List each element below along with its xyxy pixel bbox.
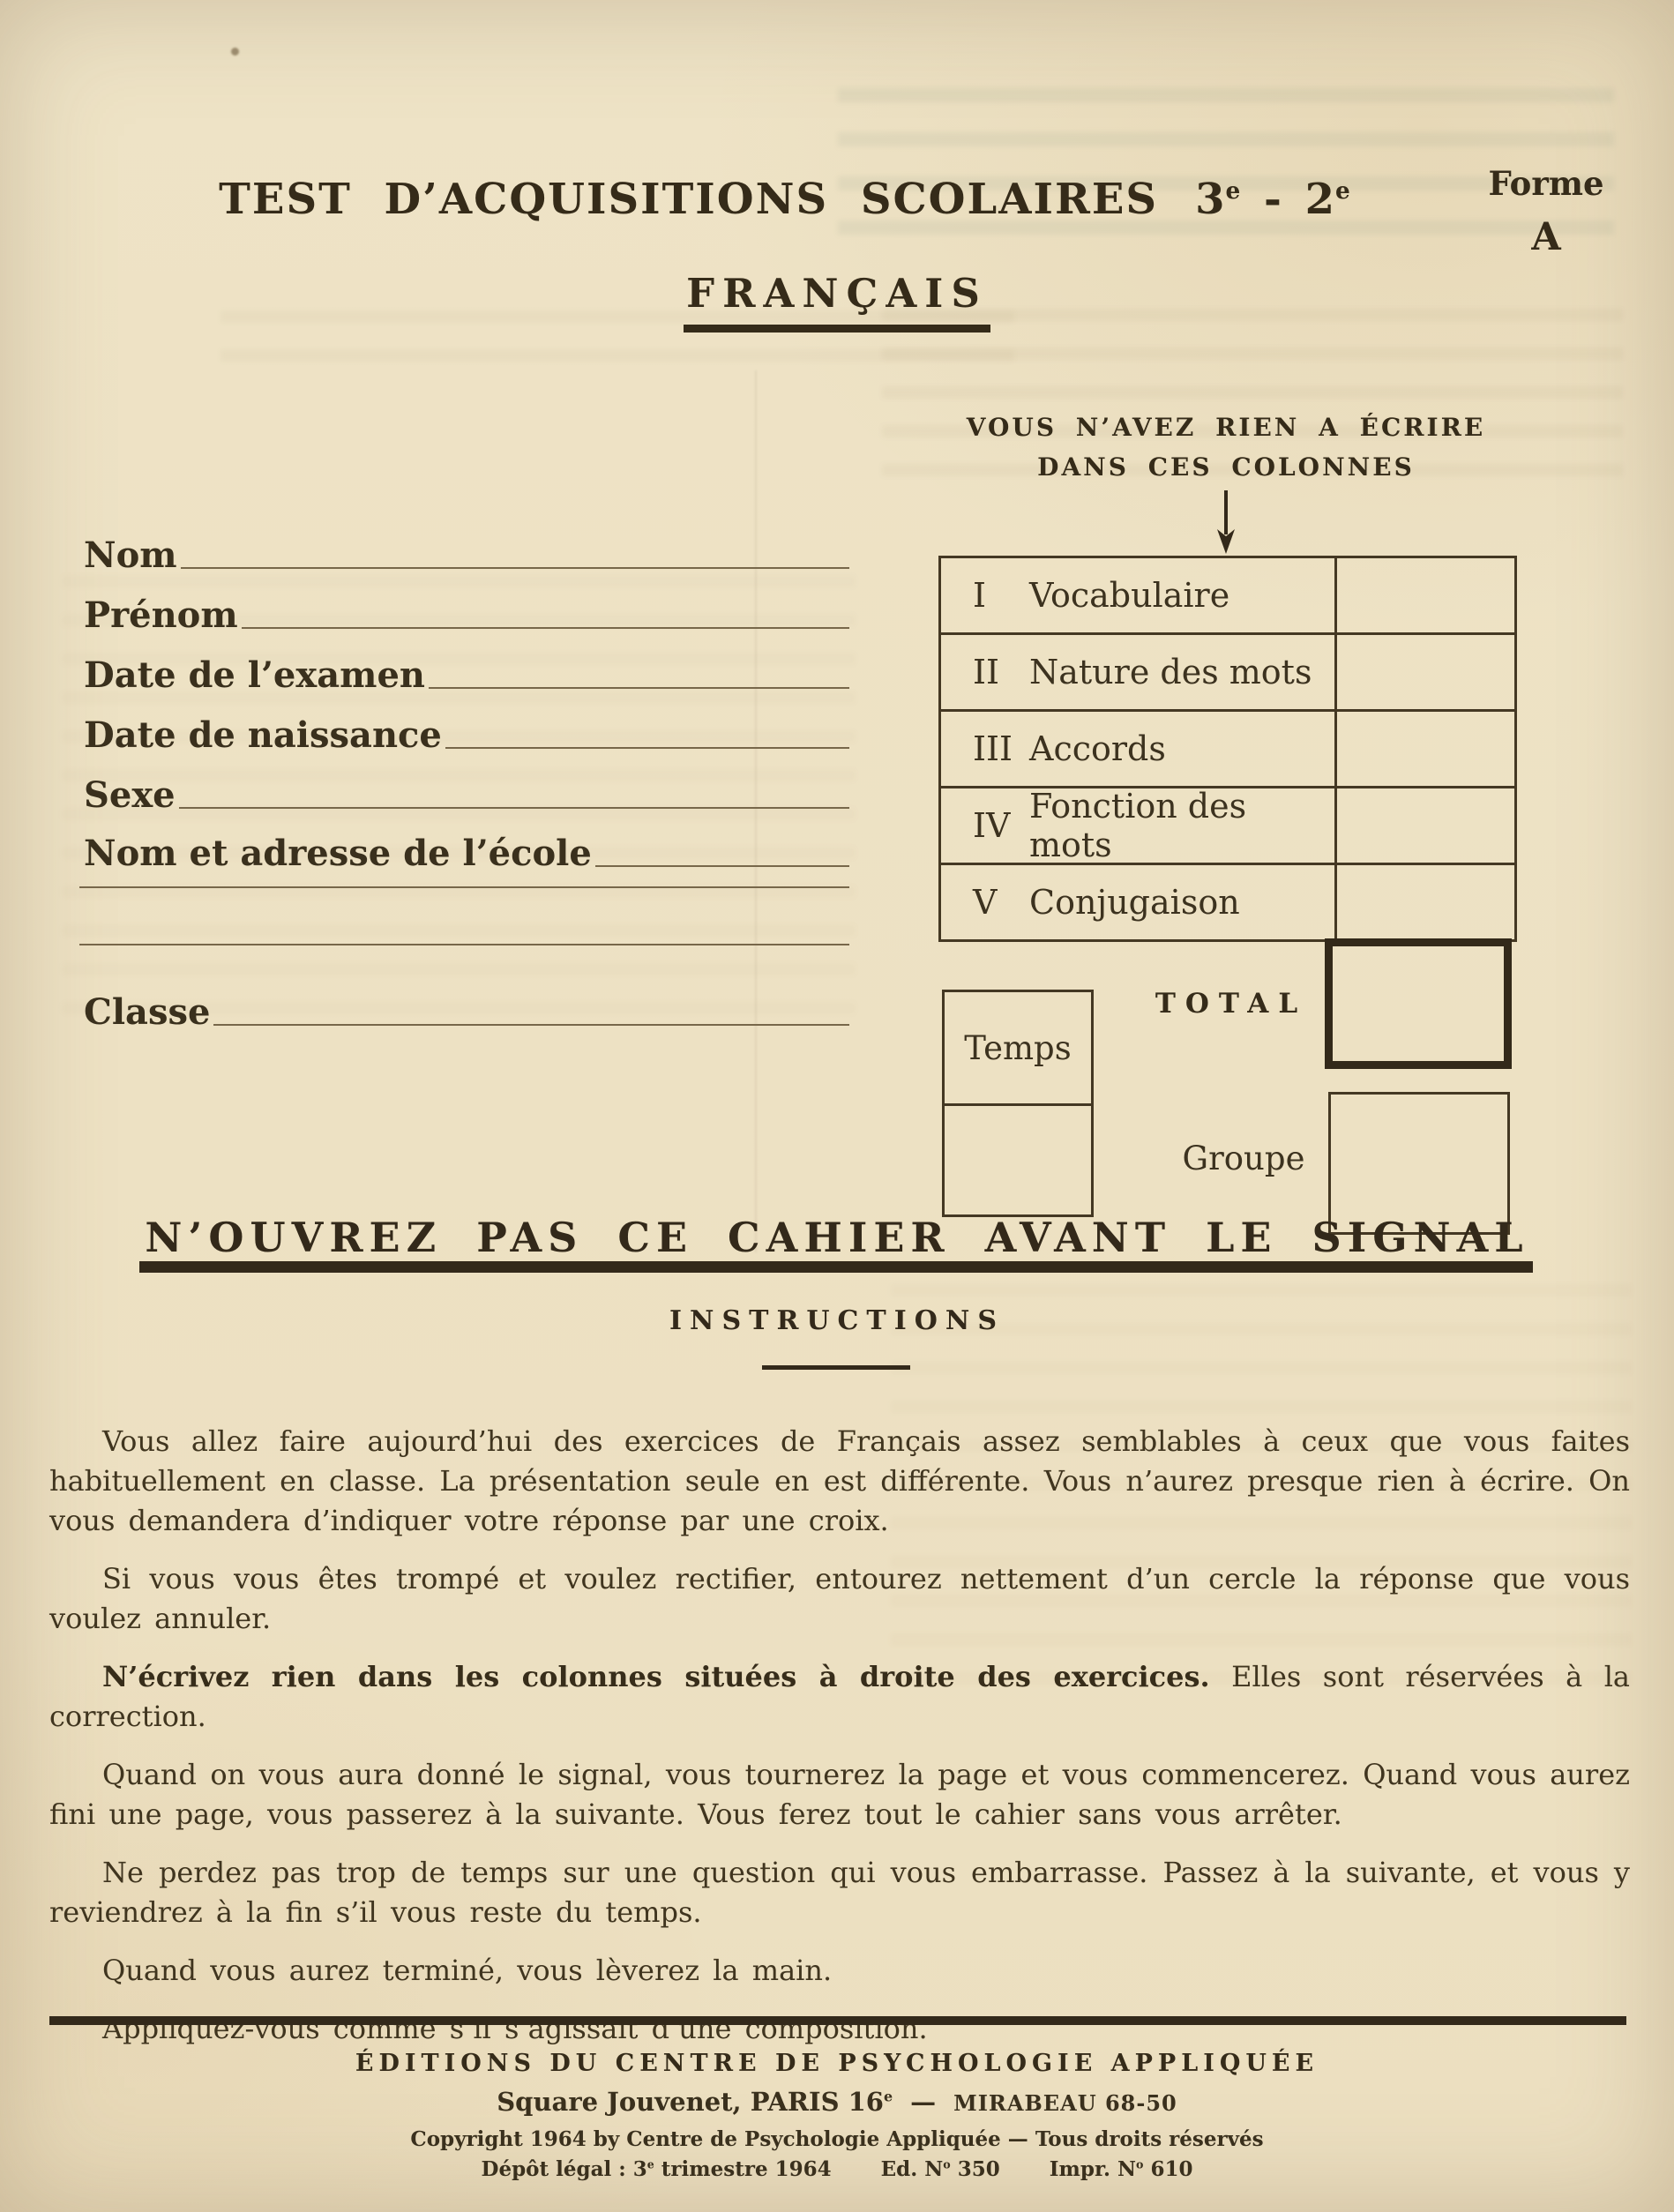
score-row-accords: IIIAccords	[941, 709, 1514, 786]
test-booklet-cover-page: TEST D’ACQUISITIONS SCOLAIRES3e - 2e For…	[0, 0, 1674, 2212]
legal-line: Dépôt légal : 3e trimestre 1964 Ed. No 3…	[0, 2157, 1674, 2181]
instruction-paragraph: N’écrivez rien dans les colonnes situées…	[49, 1657, 1630, 1737]
score-row-conjugaison: VConjugaison	[941, 863, 1514, 939]
instruction-paragraph: Quand vous aurez terminé, vous lèverez l…	[49, 1951, 1630, 1991]
field-sexe: Sexe	[84, 769, 849, 813]
footer-rule	[49, 2016, 1626, 2025]
score-table: IVocabulaire IINature des mots IIIAccord…	[938, 556, 1517, 942]
instruction-paragraph: Si vous vous êtes trompé et voulez recti…	[49, 1559, 1630, 1639]
field-prenom-label: Prénom	[84, 598, 238, 633]
instruction-paragraph: Vous allez faire aujourd’hui des exercic…	[49, 1422, 1630, 1541]
forme-block: Forme A	[1454, 164, 1639, 259]
field-classe-label: Classe	[84, 995, 210, 1030]
score-cell	[1334, 635, 1514, 709]
score-row-nature-des-mots: IINature des mots	[941, 632, 1514, 709]
page-title-text: TEST D’ACQUISITIONS SCOLAIRES	[219, 175, 1158, 224]
forme-label: Forme	[1454, 164, 1639, 203]
score-row-fonction-des-mots: IVFonction des mots	[941, 786, 1514, 863]
field-nom-blank	[181, 567, 849, 569]
field-prenom-blank	[242, 627, 849, 629]
arrow-down-icon	[1214, 490, 1238, 554]
field-classe: Classe	[84, 986, 849, 1030]
banner-underline	[139, 1261, 1533, 1273]
field-prenom: Prénom	[84, 589, 849, 633]
score-cell	[1334, 712, 1514, 786]
field-date-naissance-label: Date de naissance	[84, 718, 442, 753]
total-score-box	[1325, 938, 1512, 1069]
instructions-underline	[762, 1365, 910, 1370]
subject-underline	[684, 325, 990, 333]
subject-title: FRANÇAIS	[686, 270, 988, 317]
grade-level: 3e - 2e	[1195, 175, 1351, 224]
publisher-phone: MIRABEAU 68-50	[953, 2090, 1177, 2116]
total-label: TOTAL	[1134, 988, 1328, 1020]
field-date-naissance-blank	[445, 747, 849, 749]
publisher-name: ÉDITIONS DU CENTRE DE PSYCHOLOGIE APPLIQ…	[0, 2050, 1674, 2077]
field-ecole-extra-line-1	[76, 848, 849, 893]
field-classe-blank	[213, 1024, 849, 1026]
depot-legal: Dépôt légal : 3e trimestre 1964	[482, 2157, 832, 2181]
score-cell	[1334, 865, 1514, 939]
copyright-line: Copyright 1964 by Centre de Psychologie …	[0, 2127, 1674, 2151]
field-nom: Nom	[84, 529, 849, 573]
instructions-heading: INSTRUCTIONS	[0, 1305, 1674, 1336]
field-date-examen-label: Date de l’examen	[84, 658, 425, 693]
temps-box: Temps	[942, 990, 1094, 1217]
correction-columns-notice: VOUS N’AVEZ RIEN A ÉCRIRE DANS CES COLON…	[953, 413, 1499, 557]
page-title: TEST D’ACQUISITIONS SCOLAIRES3e - 2e	[150, 175, 1420, 224]
score-cell	[1334, 558, 1514, 632]
score-cell	[1334, 788, 1514, 863]
edition-number: Ed. No 350	[881, 2157, 1000, 2181]
instruction-paragraph: Ne perdez pas trop de temps sur une ques…	[49, 1853, 1630, 1932]
subject-heading: FRANÇAIS	[0, 270, 1674, 333]
groupe-label: Groupe	[1147, 1140, 1341, 1177]
notice-line-1: VOUS N’AVEZ RIEN A ÉCRIRE	[953, 413, 1499, 442]
publisher-address: Square Jouvenet, PARIS 16e—MIRABEAU 68-5…	[0, 2087, 1674, 2117]
instruction-paragraph: Appliquez-vous comme s’il s’agissait d’u…	[49, 2009, 1630, 2049]
field-date-naissance: Date de naissance	[84, 709, 849, 753]
field-nom-label: Nom	[84, 538, 177, 573]
notice-line-2: DANS CES COLONNES	[953, 452, 1499, 482]
field-date-examen: Date de l’examen	[84, 649, 849, 693]
instructions-body: Vous allez faire aujourd’hui des exercic…	[49, 1422, 1630, 2067]
do-not-open-banner: N’OUVREZ PAS CE CAHIER AVANT LE SIGNAL	[71, 1214, 1603, 1261]
field-date-examen-blank	[429, 687, 849, 689]
field-ecole-extra-line-2	[76, 906, 849, 950]
field-sexe-blank	[179, 807, 849, 809]
paper-speck	[231, 48, 239, 56]
imprint-number: Impr. No 610	[1050, 2157, 1193, 2181]
temps-label: Temps	[945, 992, 1091, 1106]
field-sexe-label: Sexe	[84, 778, 176, 813]
forme-value: A	[1454, 215, 1639, 259]
score-row-vocabulaire: IVocabulaire	[941, 558, 1514, 632]
instruction-paragraph: Quand on vous aura donné le signal, vous…	[49, 1755, 1630, 1835]
